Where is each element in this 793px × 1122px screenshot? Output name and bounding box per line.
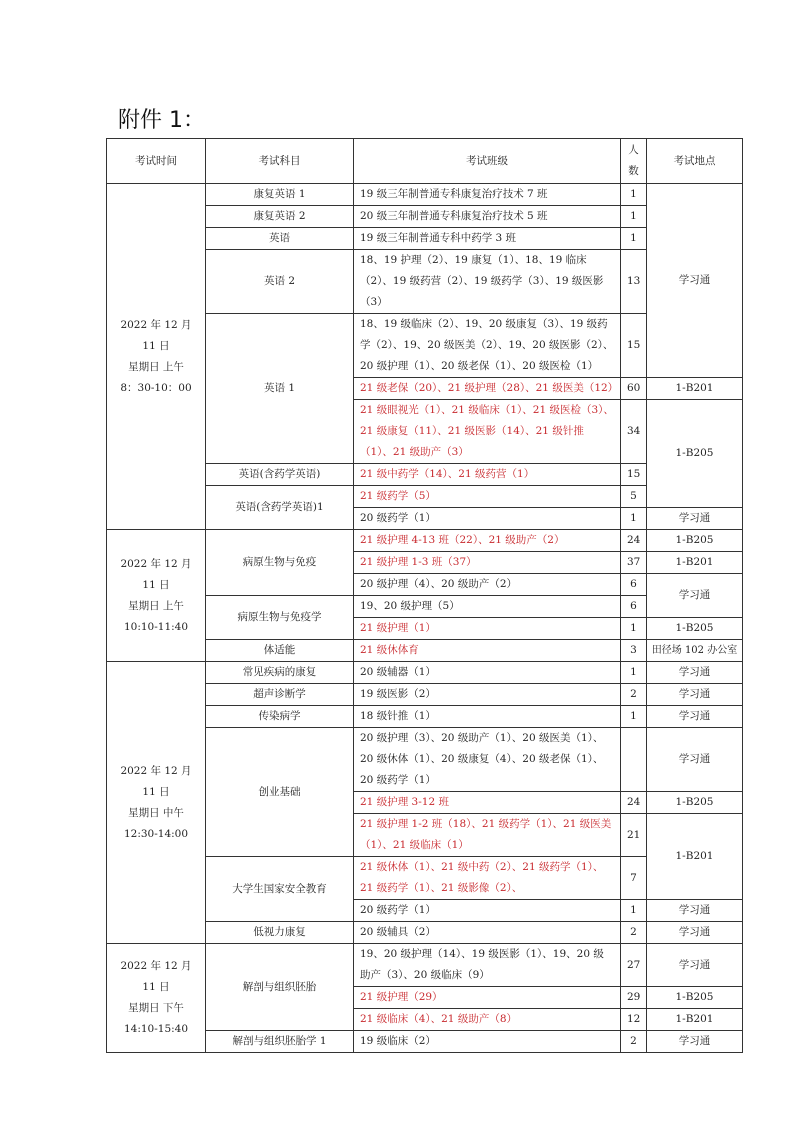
count-cell — [621, 728, 647, 792]
classes-cell: 20 级护理（3）、20 级助产（1）、20 级医美（1）、20 级休体（1）、… — [354, 728, 621, 792]
location-cell: 学习通 — [647, 922, 743, 944]
subject-cell: 传染病学 — [206, 706, 354, 728]
location-cell: 田径场 102 办公室 — [647, 640, 743, 662]
classes-cell: 21 级护理 4-13 班（22）、21 级助产（2） — [354, 530, 621, 552]
classes-cell: 19 级三年制普通专科中药学 3 班 — [354, 228, 621, 250]
count-cell: 15 — [621, 464, 647, 486]
count-cell: 1 — [621, 662, 647, 684]
location-cell: 1-B205 — [647, 792, 743, 814]
classes-cell: 21 级休体育 — [354, 640, 621, 662]
classes-cell: 21 级护理 1-3 班（37） — [354, 552, 621, 574]
page-title: 附件 1： — [118, 103, 205, 134]
location-cell: 1-B205 — [647, 530, 743, 552]
table-row: 2022 年 12 月 11 日 星期日 中午 12:30-14:00 常见疾病… — [107, 662, 743, 684]
subject-cell: 低视力康复 — [206, 922, 354, 944]
subject-cell: 体适能 — [206, 640, 354, 662]
classes-cell: 20 级辅具（2） — [354, 922, 621, 944]
classes-cell: 20 级护理（4）、20 级助产（2） — [354, 574, 621, 596]
subject-cell: 超声诊断学 — [206, 684, 354, 706]
classes-cell: 21 级护理（29） — [354, 987, 621, 1009]
classes-cell: 19、20 级护理（14）、19 级医影（1）、19、20 级助产（3）、20 … — [354, 944, 621, 987]
classes-cell: 21 级老保（20）、21 级护理（28）、21 级医美（12） — [354, 378, 621, 400]
location-cell: 学习通 — [647, 684, 743, 706]
count-cell: 21 — [621, 814, 647, 857]
count-cell: 12 — [621, 1009, 647, 1031]
classes-cell: 21 级护理 1-2 班（18）、21 级药学（1）、21 级医美（1）、21 … — [354, 814, 621, 857]
subject-cell: 英语 2 — [206, 250, 354, 314]
count-cell: 6 — [621, 574, 647, 596]
location-cell: 1-B201 — [647, 1009, 743, 1031]
classes-cell: 18、19 护理（2）、19 康复（1）、18、19 临床（2）、19 级药营（… — [354, 250, 621, 314]
classes-cell: 20 级药学（1） — [354, 900, 621, 922]
location-cell: 学习通 — [647, 508, 743, 530]
session-time-cell: 2022 年 12 月 11 日 星期日 上午 8：30-10：00 — [107, 184, 206, 530]
count-cell: 29 — [621, 987, 647, 1009]
count-cell: 1 — [621, 508, 647, 530]
subject-cell: 病原生物与免疫 — [206, 530, 354, 596]
header-time: 考试时间 — [107, 139, 206, 184]
count-cell: 34 — [621, 400, 647, 464]
subject-cell: 创业基础 — [206, 728, 354, 857]
classes-cell: 20 级药学（1） — [354, 508, 621, 530]
classes-cell: 19 级医影（2） — [354, 684, 621, 706]
classes-cell: 19、20 级护理（5） — [354, 596, 621, 618]
header-count: 人数 — [621, 139, 647, 184]
count-cell: 3 — [621, 640, 647, 662]
table-row: 2022 年 12 月 11 日 星期日 上午 8：30-10：00 康复英语 … — [107, 184, 743, 206]
session-time-cell: 2022 年 12 月 11 日 星期日 上午 10:10-11:40 — [107, 530, 206, 662]
subject-cell: 康复英语 1 — [206, 184, 354, 206]
location-cell: 1-B201 — [647, 814, 743, 900]
subject-cell: 英语(含药学英语) — [206, 464, 354, 486]
session-time-cell: 2022 年 12 月 11 日 星期日 中午 12:30-14:00 — [107, 662, 206, 944]
subject-cell: 英语(含药学英语)1 — [206, 486, 354, 530]
subject-cell: 解剖与组织胚胎学 1 — [206, 1031, 354, 1053]
count-cell: 27 — [621, 944, 647, 987]
count-cell: 1 — [621, 206, 647, 228]
subject-cell: 大学生国家安全教育 — [206, 857, 354, 922]
subject-cell: 英语 1 — [206, 314, 354, 464]
count-cell: 60 — [621, 378, 647, 400]
count-cell: 2 — [621, 1031, 647, 1053]
classes-cell: 21 级护理（1） — [354, 618, 621, 640]
location-cell: 学习通 — [647, 944, 743, 987]
location-cell: 1-B205 — [647, 400, 743, 508]
count-cell: 5 — [621, 486, 647, 508]
session-time-cell: 2022 年 12 月 11 日 星期日 下午 14:10-15:40 — [107, 944, 206, 1053]
subject-cell: 康复英语 2 — [206, 206, 354, 228]
header-subject: 考试科目 — [206, 139, 354, 184]
count-cell: 1 — [621, 618, 647, 640]
classes-cell: 20 级辅器（1） — [354, 662, 621, 684]
count-cell: 6 — [621, 596, 647, 618]
subject-cell: 英语 — [206, 228, 354, 250]
count-cell: 1 — [621, 228, 647, 250]
classes-cell: 18、19 级临床（2）、19、20 级康复（3）、19 级药学（2）、19、2… — [354, 314, 621, 378]
count-cell: 7 — [621, 857, 647, 900]
count-cell: 2 — [621, 684, 647, 706]
header-location: 考试地点 — [647, 139, 743, 184]
subject-cell: 解剖与组织胚胎 — [206, 944, 354, 1031]
location-cell: 学习通 — [647, 900, 743, 922]
classes-cell: 19 级三年制普通专科康复治疗技术 7 班 — [354, 184, 621, 206]
subject-cell: 病原生物与免疫学 — [206, 596, 354, 640]
exam-schedule-table: 考试时间 考试科目 考试班级 人数 考试地点 2022 年 12 月 11 日 … — [106, 138, 743, 1053]
count-cell: 24 — [621, 792, 647, 814]
location-cell: 学习通 — [647, 1031, 743, 1053]
count-cell: 1 — [621, 184, 647, 206]
classes-cell: 21 级护理 3-12 班 — [354, 792, 621, 814]
classes-cell: 21 级临床（4）、21 级助产（8） — [354, 1009, 621, 1031]
location-cell: 学习通 — [647, 574, 743, 618]
classes-cell: 21 级休体（1）、21 级中药（2）、21 级药学（1）、21 级药学（1）、… — [354, 857, 621, 900]
subject-cell: 常见疾病的康复 — [206, 662, 354, 684]
count-cell: 2 — [621, 922, 647, 944]
location-cell: 学习通 — [647, 662, 743, 684]
location-cell: 学习通 — [647, 728, 743, 792]
count-cell: 24 — [621, 530, 647, 552]
table-row: 2022 年 12 月 11 日 星期日 上午 10:10-11:40 病原生物… — [107, 530, 743, 552]
classes-cell: 20 级三年制普通专科康复治疗技术 5 班 — [354, 206, 621, 228]
classes-cell: 21 级药学（5） — [354, 486, 621, 508]
location-cell: 1-B205 — [647, 618, 743, 640]
classes-cell: 19 级临床（2） — [354, 1031, 621, 1053]
count-cell: 1 — [621, 706, 647, 728]
location-cell: 学习通 — [647, 706, 743, 728]
count-cell: 1 — [621, 900, 647, 922]
location-cell: 1-B201 — [647, 378, 743, 400]
count-cell: 15 — [621, 314, 647, 378]
header-classes: 考试班级 — [354, 139, 621, 184]
count-cell: 13 — [621, 250, 647, 314]
classes-cell: 21 级中药学（14）、21 级药营（1） — [354, 464, 621, 486]
location-cell: 1-B205 — [647, 987, 743, 1009]
table-row: 2022 年 12 月 11 日 星期日 下午 14:10-15:40 解剖与组… — [107, 944, 743, 987]
count-cell: 37 — [621, 552, 647, 574]
classes-cell: 18 级针推（1） — [354, 706, 621, 728]
table-header-row: 考试时间 考试科目 考试班级 人数 考试地点 — [107, 139, 743, 184]
location-cell: 学习通 — [647, 184, 743, 378]
location-cell: 1-B201 — [647, 552, 743, 574]
classes-cell: 21 级眼视光（1）、21 级临床（1）、21 级医检（3）、21 级康复（11… — [354, 400, 621, 464]
